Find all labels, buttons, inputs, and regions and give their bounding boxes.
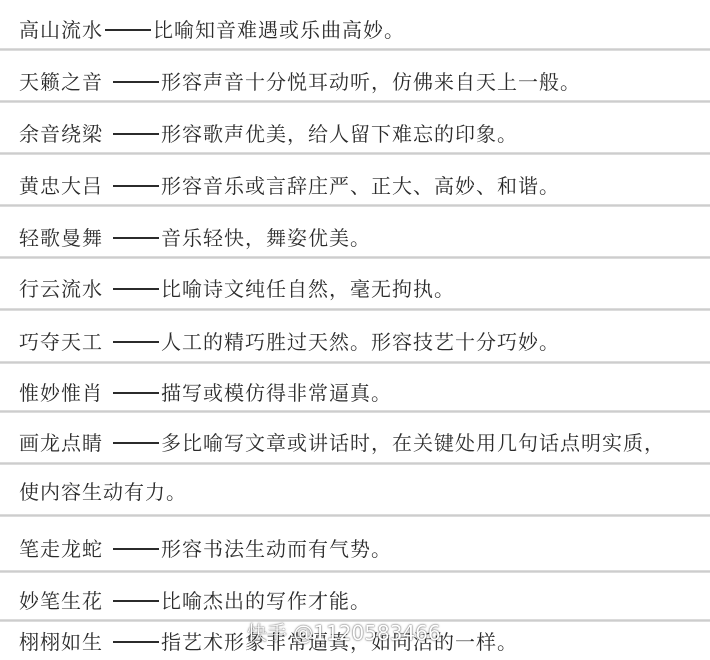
row-separator	[0, 256, 710, 259]
idiom-row: 轻歌曼舞音乐轻快，舞姿优美。	[0, 226, 710, 250]
em-dash	[105, 29, 151, 31]
em-dash	[113, 185, 159, 187]
em-dash	[113, 288, 159, 290]
idiom-row: 行云流水比喻诗文纯任自然，毫无拘执。	[0, 277, 710, 301]
em-dash	[113, 237, 159, 239]
idiom-term: 黄忠大吕	[19, 174, 103, 198]
idiom-term: 余音绕梁	[19, 122, 103, 146]
idiom-row: 画龙点睛多比喻写文章或讲话时，在关键处用几句话点明实质，	[0, 431, 710, 455]
idiom-term: 栩栩如生	[19, 630, 103, 654]
row-separator	[0, 204, 710, 207]
idiom-definition: 多比喻写文章或讲话时，在关键处用几句话点明实质，	[161, 431, 665, 455]
idiom-row: 妙笔生花比喻杰出的写作才能。	[0, 589, 710, 613]
em-dash	[113, 133, 159, 135]
idiom-definition: 形容声音十分悦耳动听，仿佛来自天上一般。	[161, 70, 581, 94]
idiom-term: 行云流水	[19, 277, 103, 301]
idiom-term: 笔走龙蛇	[19, 537, 103, 561]
row-separator	[0, 462, 710, 465]
em-dash	[113, 641, 159, 643]
row-separator	[0, 48, 710, 51]
em-dash	[113, 81, 159, 83]
row-separator	[0, 152, 710, 155]
idiom-definition: 描写或模仿得非常逼真。	[161, 381, 392, 405]
idiom-term: 妙笔生花	[19, 589, 103, 613]
idiom-definition: 比喻杰出的写作才能。	[161, 589, 371, 613]
idiom-row: 高山流水比喻知音难遇或乐曲高妙。	[0, 18, 710, 42]
idiom-row: 惟妙惟肖描写或模仿得非常逼真。	[0, 381, 710, 405]
idiom-definition: 形容书法生动而有气势。	[161, 537, 392, 561]
row-separator	[0, 514, 710, 517]
em-dash	[113, 442, 159, 444]
idiom-row: 余音绕梁形容歌声优美，给人留下难忘的印象。	[0, 122, 710, 146]
row-separator	[0, 570, 710, 573]
row-separator	[0, 100, 710, 103]
idiom-definition: 音乐轻快，舞姿优美。	[161, 226, 371, 250]
em-dash	[113, 548, 159, 550]
idiom-term: 天籁之音	[19, 70, 103, 94]
idiom-definition: 使内容生动有力。	[19, 480, 187, 504]
idiom-definition: 人工的精巧胜过天然。形容技艺十分巧妙。	[161, 330, 560, 354]
row-separator	[0, 308, 710, 311]
idiom-term: 惟妙惟肖	[19, 381, 103, 405]
idiom-definition: 形容音乐或言辞庄严、正大、高妙、和谐。	[161, 174, 560, 198]
idiom-row: 巧夺天工人工的精巧胜过天然。形容技艺十分巧妙。	[0, 330, 710, 354]
idiom-term: 画龙点睛	[19, 431, 103, 455]
idiom-term: 高山流水	[19, 18, 103, 42]
idiom-row: 天籁之音形容声音十分悦耳动听，仿佛来自天上一般。	[0, 70, 710, 94]
watermark-text: 快手 @1120583466	[247, 617, 441, 646]
idiom-definition: 形容歌声优美，给人留下难忘的印象。	[161, 122, 518, 146]
row-separator	[0, 361, 710, 364]
idiom-row: 黄忠大吕形容音乐或言辞庄严、正大、高妙、和谐。	[0, 174, 710, 198]
em-dash	[113, 392, 159, 394]
idiom-definition: 比喻诗文纯任自然，毫无拘执。	[161, 277, 455, 301]
row-separator	[0, 410, 710, 413]
idiom-term: 轻歌曼舞	[19, 226, 103, 250]
idiom-row: 笔走龙蛇形容书法生动而有气势。	[0, 537, 710, 561]
idiom-term: 巧夺天工	[19, 330, 103, 354]
idiom-definition: 比喻知音难遇或乐曲高妙。	[153, 18, 405, 42]
em-dash	[113, 341, 159, 343]
em-dash	[113, 600, 159, 602]
idiom-row-continuation: 使内容生动有力。	[0, 480, 710, 504]
